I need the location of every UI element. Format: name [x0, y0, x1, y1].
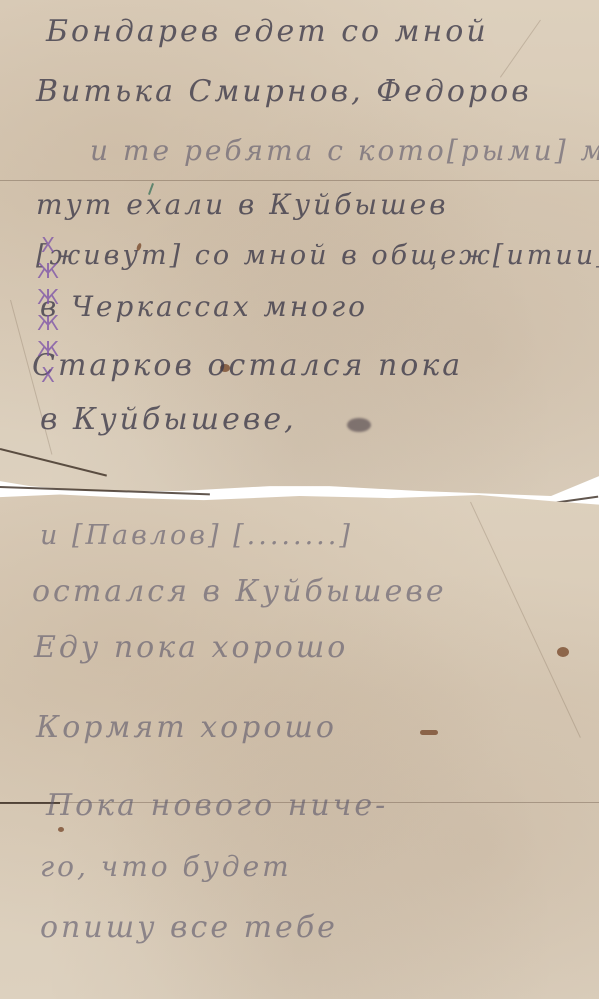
purple-stamp-marks: Х Ж Ж Ж Ж Х	[30, 232, 66, 388]
scanned-letter: Бондарев едет со мной Витька Смирнов, Фе…	[0, 0, 599, 999]
letter-line: Бондарев едет со мной	[46, 14, 489, 49]
letter-line: го, что будет	[40, 850, 292, 883]
letter-line: тут ехали в Куйбышев	[36, 188, 449, 221]
letter-line: опишу все тебе	[40, 910, 338, 945]
stamp-mark: Ж	[30, 284, 66, 310]
stamp-mark: Х	[30, 362, 66, 388]
letter-line: Старков остался пока	[32, 348, 463, 383]
letter-line: и те ребята с кото[рыми] мы	[90, 134, 599, 167]
stamp-mark: Ж	[30, 336, 66, 362]
stamp-mark: Ж	[30, 310, 66, 336]
letter-bottom-half: и [Павлов] [........] остался в Куйбышев…	[0, 492, 599, 999]
stamp-mark: Ж	[30, 258, 66, 284]
letter-top-half: Бондарев едет со мной Витька Смирнов, Фе…	[0, 0, 599, 496]
stamp-mark: Х	[30, 232, 66, 258]
letter-line: Еду пока хорошо	[34, 630, 348, 665]
crease	[470, 502, 581, 738]
letter-line: остался в Куйбышеве	[32, 574, 447, 609]
letter-line: и [Павлов] [........]	[40, 520, 353, 551]
letter-line: Пока нового ниче-	[46, 788, 388, 823]
letter-line: в Куйбышеве,	[40, 402, 297, 437]
stain	[420, 730, 438, 735]
letter-line: Кормят хорошо	[36, 710, 337, 745]
crease	[500, 20, 541, 78]
stain	[557, 647, 569, 657]
graphite-smudge	[347, 418, 371, 432]
stain	[58, 827, 64, 832]
letter-line: в Черкассах много	[40, 290, 368, 323]
tear-edge	[0, 448, 107, 477]
letter-line: Витька Смирнов, Федоров	[36, 74, 532, 109]
horizontal-fold	[0, 180, 599, 181]
letter-line: [живут] со мной в общеж[итии]	[36, 240, 599, 271]
